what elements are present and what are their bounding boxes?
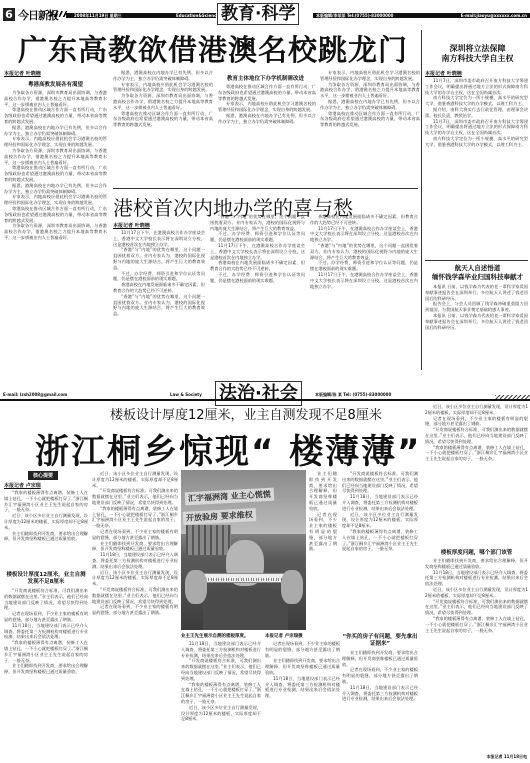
main-col-2: 近日，该小区多位业主自行测量发现，设计厚度为12厘米的楼板，实际厚度却不足8厘米…: [92, 471, 178, 763]
sidebar-bottom-body: 本报讯 日前，以钱学森为代表的老一辈科学家爱国奉献事迹报告会在深圳举行，多位航天…: [425, 284, 528, 368]
date-line: 2008年11月19日 星期三: [74, 13, 122, 18]
main-story-headline: 浙江桐乡惊现“ 楼薄薄”: [35, 424, 422, 473]
sidebar-bottom-title-line2: 缅怀钱学森毕业归国科技奉献才: [425, 273, 530, 282]
section-en: Education&Science: [176, 13, 219, 18]
secondary-byline: 本报记者 叶晓楠: [113, 222, 150, 229]
photo-caption: 业主王先生展示自测的楼板厚度。: [181, 633, 249, 639]
top-story-col-1: 为争取各方资源，深圳市教育局出面协调，与香港高校合作办学，借港澳名校之力提升本地…: [4, 90, 107, 365]
news-photo-owner-with-ruler: 汇宇福洲湾 业主心慌慌 开放验房 要求维权: [181, 470, 306, 630]
sidebar-bottom-title: 航天人自述悟道 缅怀钱学森毕业归国科技奉献才: [425, 264, 530, 282]
core-summary-label: 核心提要: [28, 471, 58, 480]
main-col-photo-side: 业主们随即找到开发商，要求给出合理解释，但开发商坚称楼板已通过质量验收。 记者在…: [309, 471, 337, 631]
main-col-right-a: 近日，该小区多位业主自行测量发现，设计厚度为12厘米的楼板，实际厚度却不足8厘米…: [425, 404, 528, 544]
sidebar-top-title-line1: 深圳将立法保障: [425, 44, 530, 54]
main-col-1a: “我家的楼板薄得有点离谱，装修工人在墙上钻孔，一不小心就把楼板打穿了。”浙江桐乡…: [4, 490, 88, 570]
editor-line: 本版编辑/李某某 Tel:(0755)-83000000: [316, 13, 393, 18]
top-story-col-4: 专家表示，内地高校应借此机会学习港澳名校的管理经验和国际化办学理念，实现自身的跨…: [320, 70, 420, 185]
main-col-3: 11月18日，当地建设部门表示已经介入调查，将委托第三方检测机构对楼板进行专业检…: [181, 641, 261, 763]
secondary-col-1: 11月17日下午，在港澳高校合作办学座谈会上，香港中文大学校长表示将在深圳设立分…: [113, 230, 205, 365]
dateline-end: 本报记者 11月18日电: [486, 754, 527, 759]
measuring-ruler: [203, 573, 293, 583]
sidebar-top-byline: 本报记者 叶晓楠: [425, 70, 462, 77]
decorative-hatch: [48, 11, 68, 17]
main-right-subhead: 楼板厚度问题，哪个部门该管: [425, 548, 528, 556]
top-story-col-3: 粤港高校在推动区域合作方面一直有所行动，广东各级政府也希望通过港澳高校的力量，带…: [218, 84, 316, 185]
secondary-col-2: “香港”与“内地”的优势在哪里，这个问题一直困扰着双方。业内专家认为，港校的国际…: [210, 214, 305, 365]
law-header-rule: [0, 399, 530, 401]
header-bar-left: 2008年11月19日 星期三 Education&Science: [66, 13, 216, 18]
top-story-subhead: 粤港高教发展各有渴望: [8, 80, 103, 88]
secondary-col-3: 香港高校在内地发展面临诸多不确定因素，但教育合作的大趋势已经不可逆转。 11月1…: [310, 214, 418, 365]
top-story-byline: 本报记者 叶晓楠: [4, 70, 41, 77]
sidebar-bottom-title-line1: 航天人自述悟道: [425, 264, 530, 273]
divider-top-story: [113, 188, 418, 189]
sidebar-top-body: 11月7日，深圳市委市政府召开南方科技大学筹建工作会议，明确提出将通过地方立法的…: [425, 78, 528, 258]
main-col-5: “开发商说楼板符合标准，可我们测出来的数据就摆在这里。”业主们表示，他们已经向当…: [342, 471, 418, 631]
main-col-5b: 业主们随即找到开发商，要求给出合理解释，但开发商坚称楼板已通过质量验收。 记者在…: [342, 650, 418, 763]
sidebar-divider: [421, 30, 422, 370]
header-bar-right: 本版编辑/李某某 Tel:(0755)-83000000 E-mail:jiao…: [313, 13, 530, 18]
sidebar-separator: [425, 260, 528, 261]
page-header: 6 今日新报 2008年11月19日 星期三 Education&Science…: [0, 4, 530, 20]
sidebar-top-title: 深圳将立法保障 南方科技大学自主权: [425, 44, 530, 64]
top-story-col-subhead: 教育主体地位下办学机制需改进: [218, 74, 313, 82]
law-section-title: 法治·社会: [215, 381, 302, 406]
main-story-byline: 本报记者 卢宗瑞: [4, 482, 41, 489]
section-title: 教育·科学: [217, 3, 299, 25]
page-number: 6: [3, 8, 15, 21]
main-col-4: 记者在现场看到，不少业主家的楼板有明显的裂缝，部分地方甚至露出了钢筋。 业主们随…: [265, 641, 340, 763]
main-col-right-b: 业主们随即找到开发商，要求给出合理解释，但开发商坚称楼板已通过质量验收。 11月…: [425, 558, 528, 753]
top-story-col-2: 据悉，港澳高校在内地办学已有先例，但多以合作办学为主，独立办学仍需突破体制障碍。…: [113, 70, 213, 185]
main-story-kicker: 楼板设计厚度12厘米，业主自测发现不足8厘米: [110, 404, 382, 423]
law-section-en: Law & Society: [170, 392, 202, 397]
header-email: E-mail:jiaoyu@xxxxxx.com.cn: [461, 13, 527, 18]
photo-credit: 本报记者 卢宗瑞摄: [265, 633, 303, 639]
main-col5-subhead: “你买的房子有问题，要先拿出证据来”: [342, 634, 418, 648]
main-subhead-1: 楼板设计厚度12厘米，业主自测发现不足8厘米: [4, 572, 88, 586]
main-col-1b: “开发商说楼板符合标准，可我们测出来的数据就摆在这里。”业主们表示，他们已经向当…: [4, 588, 88, 763]
law-editor-line: 本版编辑/陈 某 Tel: (0755)-83000000: [315, 392, 391, 397]
main-headline: 广东高教欲借港澳名校跳龙门: [18, 28, 408, 69]
sidebar-top-title-line2: 南方科技大学自主权: [425, 54, 530, 64]
law-email: E-mail: lzsh2008@gmail.com: [3, 392, 67, 397]
